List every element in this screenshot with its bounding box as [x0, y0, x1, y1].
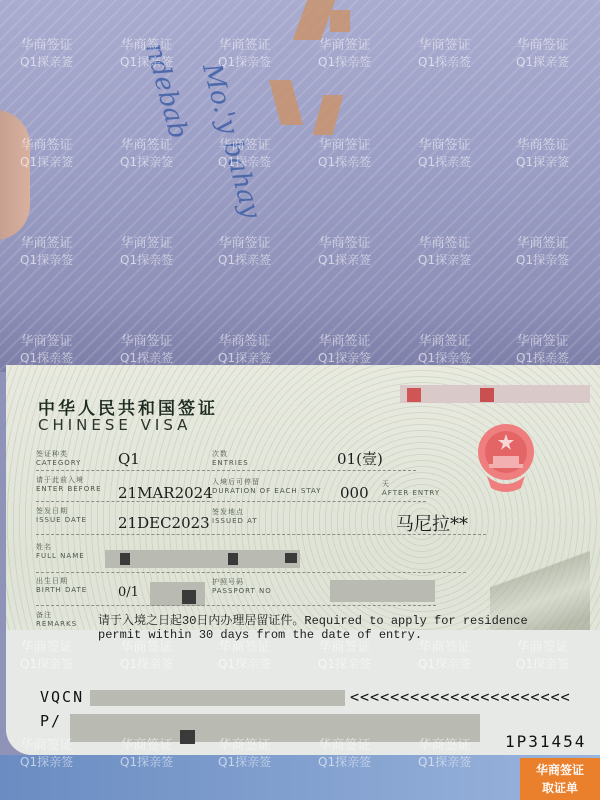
redacted-block — [182, 590, 196, 604]
issue-date-label: 签发日期ISSUE DATE — [36, 507, 87, 525]
issued-at-value: 马尼拉** — [396, 510, 468, 536]
passport-no-label: 护照号码PASSPORT NO — [212, 578, 272, 596]
redacted-passport-no — [330, 580, 435, 602]
issue-date-value: 21DEC2023 — [118, 514, 210, 532]
enter-before-value: 21MAR2024 — [118, 484, 213, 502]
brand-badge: 华商签证 取证单 — [520, 758, 600, 800]
duration-unit: 天AFTER ENTRY — [382, 480, 440, 498]
birth-date-value: 0/1 — [118, 585, 139, 600]
redacted-name — [105, 550, 300, 568]
divider — [36, 470, 416, 471]
enter-before-label: 请于此前入境ENTER BEFORE — [36, 476, 102, 494]
redacted-block — [285, 553, 297, 563]
redacted-number — [400, 385, 590, 403]
passport-cover-edge — [0, 755, 600, 800]
redacted-mrz — [90, 690, 345, 706]
divider — [36, 534, 486, 535]
entries-value: 01(壹) — [337, 448, 383, 469]
mrz-line1-start: VQCN — [40, 688, 84, 706]
entries-label: 次数ENTRIES — [212, 450, 249, 468]
redacted-block — [180, 730, 195, 744]
redacted-block — [228, 553, 238, 565]
redacted-block — [120, 553, 130, 565]
mrz-line2-end: 1P31454 — [505, 732, 586, 751]
mrz-line2-start: P/ — [40, 712, 62, 730]
badge-line1: 华商签证 — [520, 761, 600, 779]
decorative-shapes — [270, 0, 350, 140]
remarks-value: 请于入境之日起30日内办理居留证件。Required to apply for … — [98, 614, 558, 642]
duration-value: 000 — [340, 484, 369, 502]
mrz-line1-fill: <<<<<<<<<<<<<<<<<<<<<< — [350, 688, 571, 706]
birth-date-label: 出生日期BIRTH DATE — [36, 577, 87, 595]
divider — [36, 572, 466, 573]
divider — [36, 501, 426, 502]
divider — [36, 605, 436, 606]
passport-previous-page: ndebab Mo.'y bahay — [0, 0, 600, 372]
issued-at-label: 签发地点ISSUED AT — [212, 508, 258, 526]
redacted-block — [407, 388, 421, 402]
visa-title-en: CHINESE VISA — [38, 416, 191, 434]
national-emblem-icon — [475, 418, 537, 496]
category-label: 签证种类CATEGORY — [36, 450, 81, 468]
duration-label: 入境后可停留DURATION OF EACH STAY — [212, 478, 322, 496]
redacted-birth-date — [150, 582, 205, 606]
remarks-label: 备注REMARKS — [36, 611, 77, 629]
redacted-mrz — [70, 714, 480, 742]
full-name-label: 姓名FULL NAME — [36, 543, 85, 561]
redacted-block — [480, 388, 494, 402]
finger — [0, 110, 30, 240]
category-value: Q1 — [118, 450, 140, 468]
badge-line2: 取证单 — [520, 779, 600, 797]
